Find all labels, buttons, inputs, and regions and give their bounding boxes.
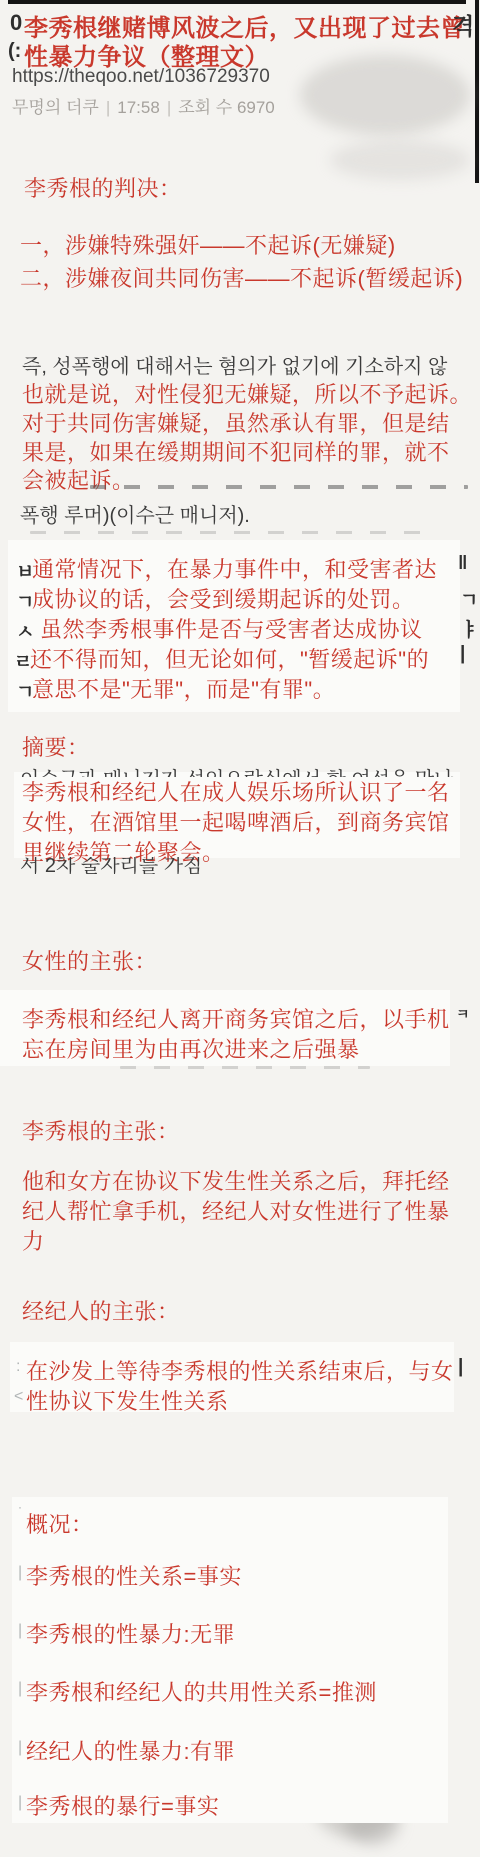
right-border-line — [475, 0, 479, 183]
korean-edge-fragment: | — [458, 1356, 463, 1378]
view-count: 조회 수 6970 — [178, 98, 275, 117]
manager-claim-heading: 经纪人的主张： — [22, 1295, 180, 1326]
lee-claim-heading: 李秀根的主张： — [22, 1115, 180, 1146]
korean-edge-fragment: ㅋ — [456, 1004, 470, 1024]
edge-fragment: | — [18, 1564, 22, 1582]
korean-edge-fragment: ㅑ — [460, 615, 478, 642]
manager-claim-line: 性协议下发生性关系 — [26, 1385, 229, 1416]
overview-item: 李秀根和经纪人的共用性关系=推测 — [26, 1676, 377, 1707]
overview-heading: 概况： — [26, 1508, 94, 1539]
explain-line: 也就是说，对性侵犯无嫌疑，所以不予起诉。 — [22, 378, 472, 409]
meta-separator: | — [106, 98, 110, 117]
top-border-line — [8, 0, 466, 4]
explain-line: 对于共同伤害嫌疑，虽然承认有罪，但是结 — [22, 407, 450, 438]
verdict-item: 二，涉嫌夜间共同伤害——不起诉(暂缓起诉) — [20, 262, 463, 293]
lee-claim-line: 力 — [22, 1225, 45, 1256]
behind-title-char: (: — [8, 40, 21, 63]
source-url-link[interactable]: https://theqoo.net/1036729370 — [12, 66, 270, 88]
woman-claim-line: 李秀根和经纪人离开商务宾馆之后，以手机 — [22, 1003, 450, 1034]
manager-claim-line: 在沙发上等待李秀根的性关系结束后，与女 — [26, 1355, 454, 1386]
overview-item: 李秀根的暴行=事实 — [26, 1790, 219, 1821]
note-line: 还不得而知，但无论如何，"暂缓起诉"的 — [30, 643, 429, 674]
edge-fragment: | — [18, 1622, 22, 1640]
smudge — [330, 140, 470, 180]
edge-fragment: < — [14, 1388, 23, 1406]
summary-line: 李秀根和经纪人在成人娱乐场所认识了一名 — [22, 776, 450, 807]
clipped-text-remnant — [90, 485, 468, 489]
summary-heading: 摘要： — [22, 731, 90, 762]
note-line: 通常情况下，在暴力事件中，和受害者达 — [32, 553, 437, 584]
woman-claim-heading: 女性的主张： — [22, 945, 157, 976]
lee-claim-line: 纪人帮忙拿手机，经纪人对女性进行了性暴 — [22, 1195, 450, 1226]
korean-source-line: 폭행 루머)(이수근 매니저). — [20, 499, 250, 528]
edge-fragment: | — [18, 1794, 22, 1812]
meta-separator: | — [167, 98, 171, 117]
overview-item: 李秀根的性关系=事实 — [26, 1560, 242, 1591]
edge-fragment: | — [18, 1680, 22, 1698]
lee-claim-line: 他和女方在协议下发生性关系之后，拜托经 — [22, 1165, 450, 1196]
behind-title-char: 0 — [10, 10, 22, 36]
summary-line: 女性，在酒馆里一起喝啤酒后，到商务宾馆 — [22, 806, 450, 837]
overlay-box — [12, 1497, 448, 1823]
korean-clipped-line-bottom: 서 2차 술자리를 가짐 — [20, 857, 320, 874]
clipped-text-remnant — [120, 1066, 370, 1069]
korean-source-line: 즉, 성폭행에 대해서는 혐의가 없기에 기소하지 않 — [22, 350, 447, 379]
author-name: 무명의 더쿠 — [12, 98, 99, 117]
title-suffix-korean: 격 — [452, 8, 474, 41]
smudge — [300, 55, 470, 135]
note-line: 成协议的话，会受到缓期起诉的处罚。 — [32, 583, 415, 614]
woman-claim-line: 忘在房间里为由再次进来之后强暴 — [22, 1033, 360, 1064]
korean-edge-fragment: ㅅ — [16, 617, 34, 644]
note-line: 虽然李秀根事件是否与受害者达成协议 — [40, 613, 423, 644]
explain-line: 会被起诉。 — [22, 464, 135, 495]
overview-item: 李秀根的性暴力:无罪 — [26, 1618, 235, 1649]
explain-line: 果是，如果在缓期期间不犯同样的罪，就不 — [22, 436, 450, 467]
korean-edge-fragment: ㄱ — [460, 585, 478, 612]
edge-fragment: | — [18, 1739, 22, 1757]
verdict-item: 一，涉嫌特殊强奸——不起诉(无嫌疑) — [20, 229, 396, 260]
verdict-heading: 李秀根的判决： — [24, 172, 182, 203]
post-time: 17:58 — [117, 98, 160, 117]
note-line: 意思不是"无罪"，而是"有罪"。 — [32, 673, 335, 704]
screenshot-page: 0 李秀根继赌博风波之后，又出现了过去曾 격 (: 性暴力争议（整理文） htt… — [0, 0, 480, 1857]
edge-fragment: : — [16, 1358, 20, 1376]
korean-edge-fragment: | — [460, 643, 465, 665]
korean-edge-fragment: ‖ — [458, 553, 467, 575]
korean-clipped-line-top: 이수근과 매니저가 성인오락실에서 한 여성을 만나 — [20, 763, 460, 777]
overview-item: 经纪人的性暴力:有罪 — [26, 1735, 235, 1766]
edge-fragment: · — [18, 1500, 22, 1514]
post-meta-row: 무명의 더쿠|17:58|조회 수 6970 — [12, 93, 275, 118]
clipped-text-remnant — [30, 531, 430, 534]
